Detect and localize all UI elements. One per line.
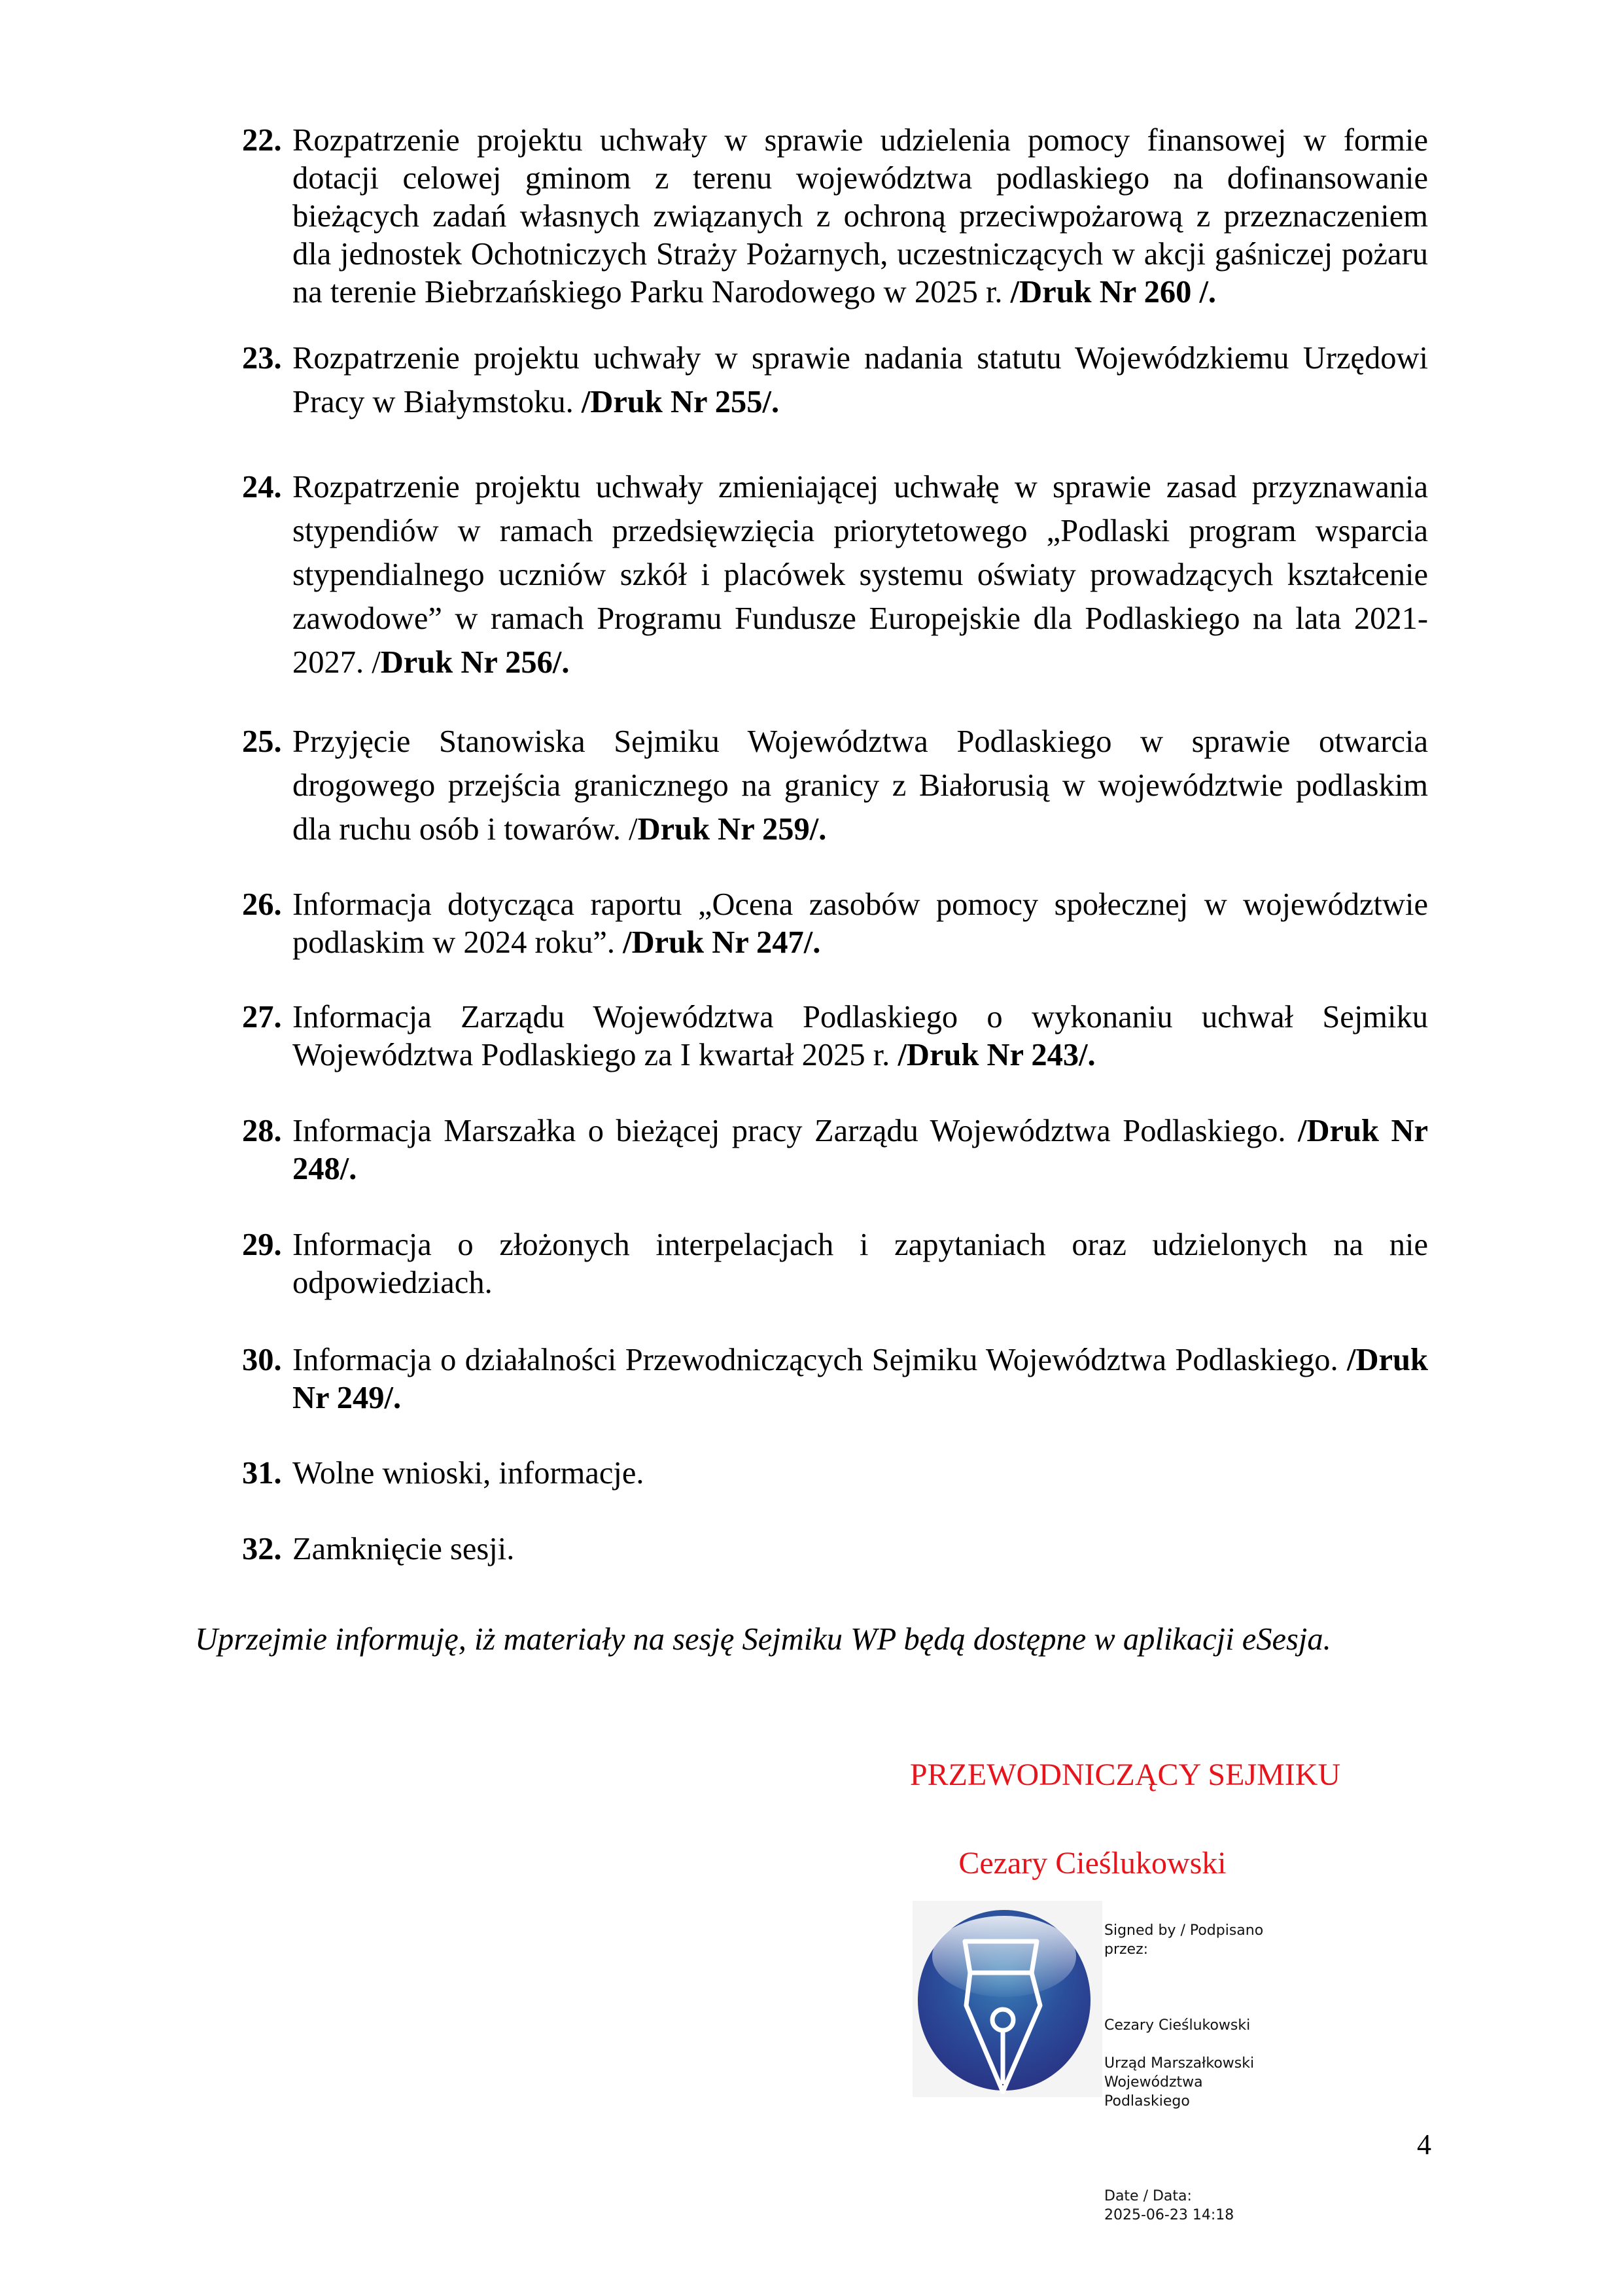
- agenda-item: 24.Rozpatrzenie projektu uchwały zmienia…: [242, 465, 1428, 684]
- signature-date: Date / Data: 2025-06-23 14:18: [1104, 2168, 1294, 2225]
- druk-reference: Druk Nr 256/.: [381, 645, 570, 680]
- agenda-item-number: 24.: [242, 465, 282, 509]
- druk-reference: /Druk Nr 243/.: [898, 1038, 1095, 1072]
- agenda-item-text-part: Informacja Zarządu Województwa Podlaskie…: [292, 1000, 1428, 1072]
- fountain-pen-nib-icon: [913, 1901, 1102, 2097]
- agenda-item-text-part: Informacja dotycząca raportu „Ocena zaso…: [292, 887, 1428, 960]
- agenda-item: 27.Informacja Zarządu Województwa Podlas…: [242, 998, 1428, 1074]
- signature-details: Signed by / Podpisano przez: Cezary Cieś…: [1104, 1902, 1294, 2244]
- agenda-item-text: Zamknięcie sesji.: [292, 1532, 514, 1566]
- agenda-item: 28.Informacja Marszałka o bieżącej pracy…: [242, 1112, 1428, 1188]
- agenda-item-number: 32.: [242, 1530, 282, 1568]
- druk-reference: /Druk Nr 260 /.: [1011, 275, 1216, 309]
- druk-reference: /Druk Nr 255/.: [582, 385, 779, 419]
- agenda-item-text: Rozpatrzenie projektu uchwały w sprawie …: [292, 123, 1428, 309]
- agenda-item-number: 29.: [242, 1226, 282, 1264]
- agenda-item-text: Rozpatrzenie projektu uchwały zmieniając…: [292, 470, 1428, 680]
- agenda-item-text-part: Zamknięcie sesji.: [292, 1532, 514, 1566]
- agenda-item-text-part: Informacja o działalności Przewodniczący…: [292, 1343, 1347, 1377]
- agenda-item: 26.Informacja dotycząca raportu „Ocena z…: [242, 886, 1428, 962]
- agenda-item-text-part: Informacja o złożonych interpelacjach i …: [292, 1227, 1428, 1300]
- document-page: 22.Rozpatrzenie projektu uchwały w spraw…: [0, 0, 1623, 2296]
- agenda-item-text-part: Informacja Marszałka o bieżącej pracy Za…: [292, 1114, 1298, 1148]
- agenda-item-number: 25.: [242, 720, 282, 764]
- agenda-item-text: Informacja o działalności Przewodniczący…: [292, 1343, 1428, 1415]
- agenda-item: 29.Informacja o złożonych interpelacjach…: [242, 1226, 1428, 1302]
- agenda-item-text-part: Rozpatrzenie projektu uchwały w sprawie …: [292, 123, 1428, 309]
- agenda-item: 31.Wolne wnioski, informacje.: [242, 1455, 1428, 1492]
- agenda-item-text: Informacja Zarządu Województwa Podlaskie…: [292, 1000, 1428, 1072]
- signer-organization: Urząd Marszałkowski Województwa Podlaski…: [1104, 2054, 1281, 2111]
- agenda-item-text: Przyjęcie Stanowiska Sejmiku Województwa…: [292, 724, 1428, 847]
- agenda-item-number: 22.: [242, 122, 282, 160]
- agenda-item-text: Informacja dotycząca raportu „Ocena zaso…: [292, 887, 1428, 960]
- agenda-item-text-part: Wolne wnioski, informacje.: [292, 1456, 644, 1491]
- date-label: Date / Data:: [1104, 2188, 1192, 2204]
- signatory-title: PRZEWODNICZĄCY SEJMIKU: [896, 1757, 1354, 1793]
- esesja-notice: Uprzejmie informuję, iż materiały na ses…: [195, 1621, 1331, 1657]
- signatory-name: Cezary Cieślukowski: [896, 1845, 1289, 1881]
- agenda-item-number: 23.: [242, 336, 282, 380]
- agenda-item-number: 31.: [242, 1455, 282, 1492]
- signed-by-label: Signed by / Podpisano przez:: [1104, 1921, 1274, 1959]
- agenda-item-text: Rozpatrzenie projektu uchwały w sprawie …: [292, 341, 1428, 419]
- page-number: 4: [1417, 2128, 1431, 2161]
- agenda-item-text: Informacja Marszałka o bieżącej pracy Za…: [292, 1114, 1428, 1186]
- agenda-item: 32.Zamknięcie sesji.: [242, 1530, 1428, 1568]
- agenda-item: 25.Przyjęcie Stanowiska Sejmiku Wojewódz…: [242, 720, 1428, 851]
- agenda-item-text-part: Przyjęcie Stanowiska Sejmiku Województwa…: [292, 724, 1428, 847]
- druk-reference: Druk Nr 259/.: [638, 812, 827, 847]
- agenda-item-text-part: Rozpatrzenie projektu uchwały w sprawie …: [292, 341, 1428, 419]
- agenda-item-number: 28.: [242, 1112, 282, 1150]
- signer-name: Cezary Cieślukowski: [1104, 2016, 1294, 2035]
- agenda-item-number: 30.: [242, 1341, 282, 1379]
- agenda-item: 22.Rozpatrzenie projektu uchwały w spraw…: [242, 122, 1428, 311]
- date-value: 2025-06-23 14:18: [1104, 2207, 1234, 2223]
- agenda-item-number: 26.: [242, 886, 282, 924]
- agenda-item: 23.Rozpatrzenie projektu uchwały w spraw…: [242, 336, 1428, 424]
- druk-reference: /Druk Nr 247/.: [623, 925, 820, 960]
- digital-signature-stamp: Signed by / Podpisano przez: Cezary Cieś…: [913, 1894, 1305, 2104]
- agenda-item-text: Informacja o złożonych interpelacjach i …: [292, 1227, 1428, 1300]
- agenda-item-text: Wolne wnioski, informacje.: [292, 1456, 644, 1491]
- agenda-item: 30.Informacja o działalności Przewodnicz…: [242, 1341, 1428, 1417]
- agenda-item-number: 27.: [242, 998, 282, 1036]
